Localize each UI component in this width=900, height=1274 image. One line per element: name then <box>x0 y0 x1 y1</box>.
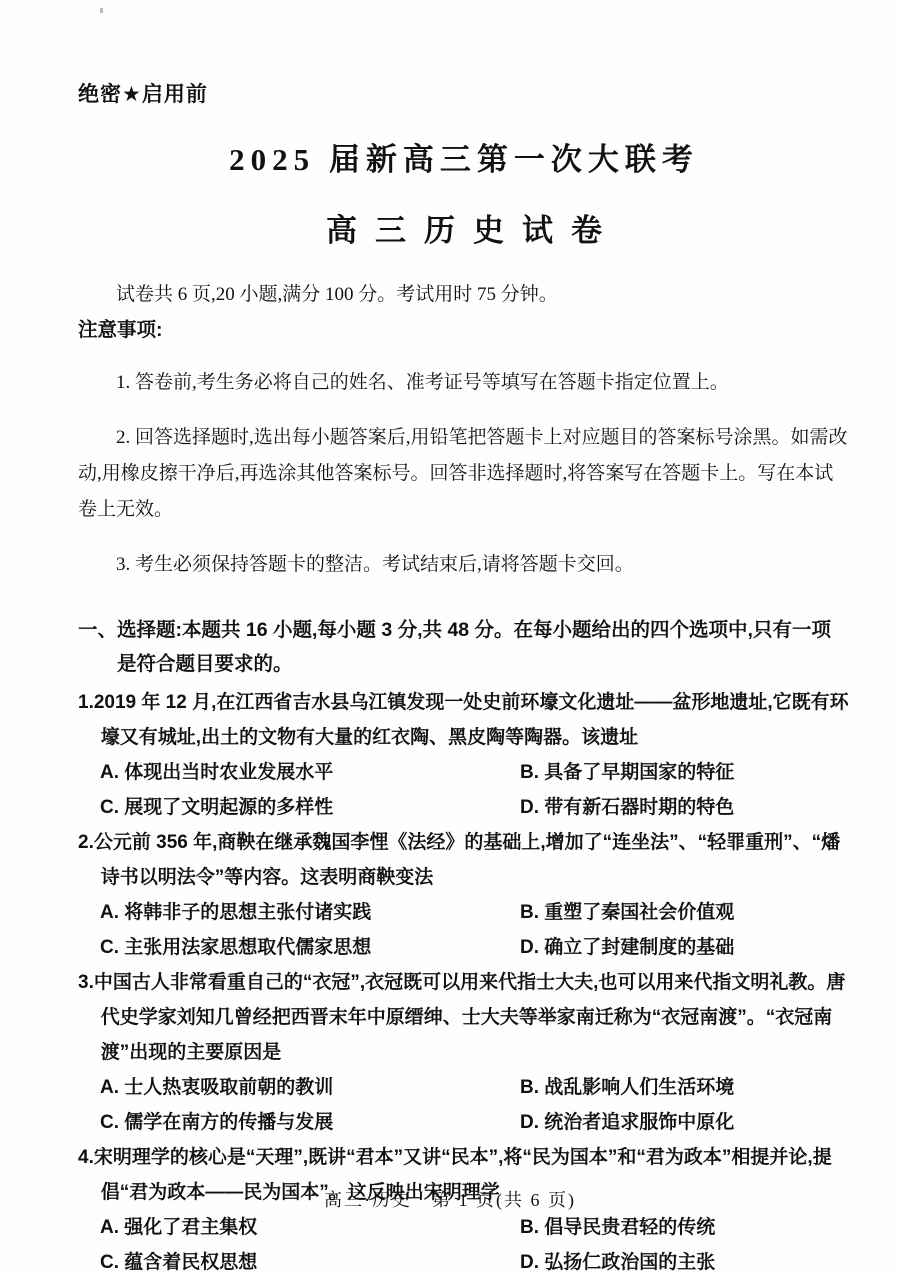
question-3: 3.中国古人非常看重自己的“衣冠”,衣冠既可以用来代指士大夫,也可以用来代指文明… <box>78 965 850 1140</box>
question-1-option-b: B. 具备了早期国家的特征 <box>520 755 850 790</box>
notice-item-1: 1. 答卷前,考生务必将自己的姓名、准考证号等填写在答题卡指定位置上。 <box>78 365 850 401</box>
question-2-options: A. 将韩非子的思想主张付诸实践 B. 重塑了秦国社会价值观 C. 主张用法家思… <box>78 895 850 965</box>
notice-item-3: 3. 考生必须保持答题卡的整洁。考试结束后,请将答题卡交回。 <box>78 547 850 583</box>
question-3-stem: 3.中国古人非常看重自己的“衣冠”,衣冠既可以用来代指士大夫,也可以用来代指文明… <box>78 965 850 1070</box>
notice-item-2: 2. 回答选择题时,选出每小题答案后,用铅笔把答题卡上对应题目的答案标号涂黑。如… <box>78 420 850 528</box>
question-2: 2.公元前 356 年,商鞅在继承魏国李悝《法经》的基础上,增加了“连坐法”、“… <box>78 825 850 965</box>
question-3-number: 3. <box>78 972 94 993</box>
classification-label: 绝密★启用前 <box>78 78 850 108</box>
question-3-option-a: A. 士人热衷吸取前朝的教训 <box>100 1070 520 1105</box>
question-2-option-b: B. 重塑了秦国社会价值观 <box>520 895 850 930</box>
question-2-option-d: D. 确立了封建制度的基础 <box>520 930 850 965</box>
question-2-option-c: C. 主张用法家思想取代儒家思想 <box>100 930 520 965</box>
question-1-option-c: C. 展现了文明起源的多样性 <box>100 790 520 825</box>
section-heading: 一、选择题:本题共 16 小题,每小题 3 分,共 48 分。在每小题给出的四个… <box>78 613 850 681</box>
exam-meta-line: 试卷共 6 页,20 小题,满分 100 分。考试用时 75 分钟。 <box>78 280 850 310</box>
scan-artifact <box>100 8 103 13</box>
question-4-option-a: A. 强化了君主集权 <box>100 1210 520 1245</box>
question-4-number: 4. <box>78 1147 94 1168</box>
question-2-number: 2. <box>78 832 94 853</box>
question-2-stem: 2.公元前 356 年,商鞅在继承魏国李悝《法经》的基础上,增加了“连坐法”、“… <box>78 825 850 895</box>
question-1-option-d: D. 带有新石器时期的特色 <box>520 790 850 825</box>
question-1-number: 1. <box>78 692 94 713</box>
question-1-options: A. 体现出当时农业发展水平 B. 具备了早期国家的特征 C. 展现了文明起源的… <box>78 755 850 825</box>
question-1-stem: 1.2019 年 12 月,在江西省吉水县乌江镇发现一处史前环壕文化遗址——盆形… <box>78 685 850 755</box>
question-4-options: A. 强化了君主集权 B. 倡导民贵君轻的传统 C. 蕴含着民权思想 D. 弘扬… <box>78 1210 850 1274</box>
question-3-option-d: D. 统治者追求服饰中原化 <box>520 1105 850 1140</box>
question-4-option-d: D. 弘扬仁政治国的主张 <box>520 1245 850 1274</box>
exam-paper-page: 绝密★启用前 2025 届新高三第一次大联考 高三历史试卷 试卷共 6 页,20… <box>0 0 900 1274</box>
question-4-option-c: C. 蕴含着民权思想 <box>100 1245 520 1274</box>
question-3-option-c: C. 儒学在南方的传播与发展 <box>100 1105 520 1140</box>
exam-subtitle: 高三历史试卷 <box>78 205 850 250</box>
question-2-option-a: A. 将韩非子的思想主张付诸实践 <box>100 895 520 930</box>
question-4-option-b: B. 倡导民贵君轻的传统 <box>520 1210 850 1245</box>
notice-heading: 注意事项: <box>78 314 850 346</box>
question-1-option-a: A. 体现出当时农业发展水平 <box>100 755 520 790</box>
question-3-options: A. 士人热衷吸取前朝的教训 B. 战乱影响人们生活环境 C. 儒学在南方的传播… <box>78 1070 850 1140</box>
question-1: 1.2019 年 12 月,在江西省吉水县乌江镇发现一处史前环壕文化遗址——盆形… <box>78 685 850 825</box>
question-3-option-b: B. 战乱影响人们生活环境 <box>520 1070 850 1105</box>
page-footer: 高三·历史 第 1 页(共 6 页) <box>0 1186 900 1212</box>
exam-title: 2025 届新高三第一次大联考 <box>78 134 850 179</box>
